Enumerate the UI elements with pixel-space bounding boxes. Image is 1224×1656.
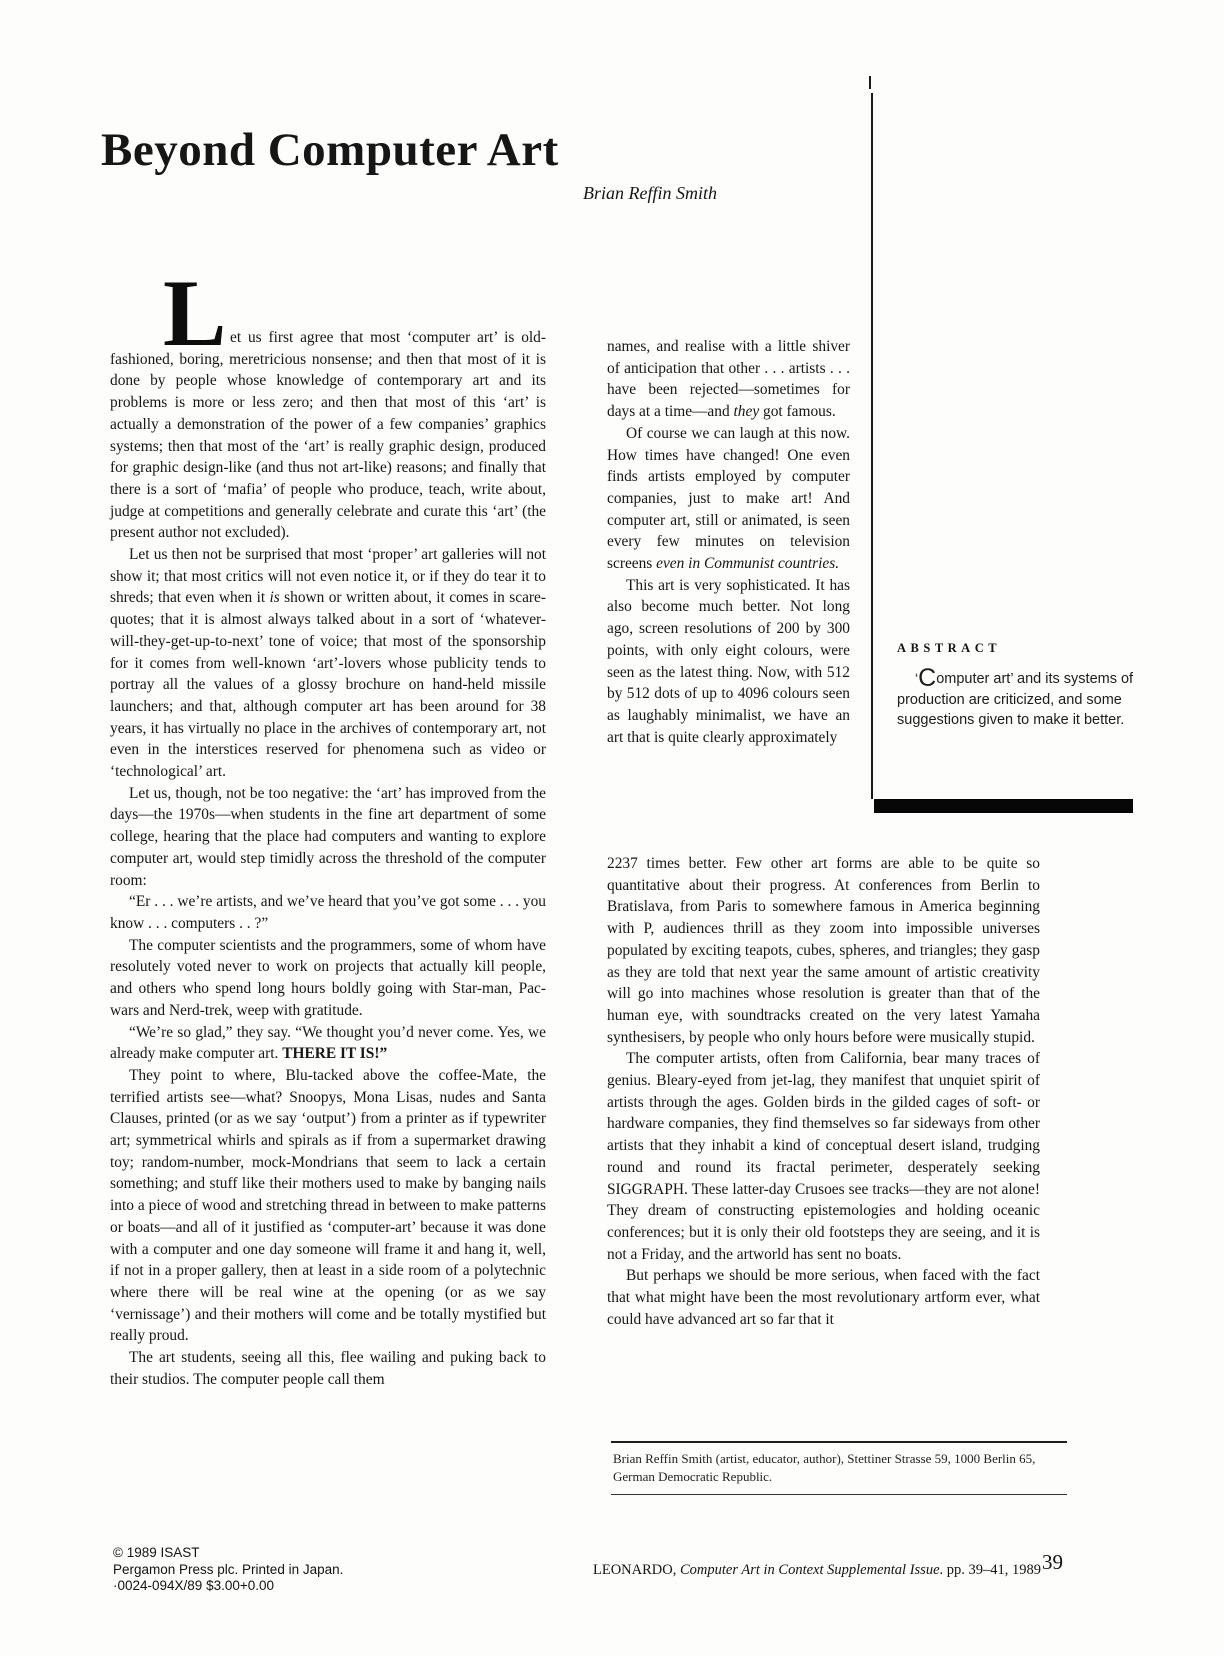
journal-pages: . pp. 39–41, 1989: [940, 1562, 1042, 1578]
text-segment: They point to where, Blu-tacked above th…: [110, 1067, 546, 1344]
author-footnote: Brian Reffin Smith (artist, educator, au…: [611, 1441, 1067, 1495]
italic-text-segment: is: [270, 589, 280, 606]
paragraph: 2237 times better. Few other art forms a…: [607, 853, 1040, 1048]
paragraph: Of course we can laugh at this now. How …: [607, 423, 850, 575]
paragraph: They point to where, Blu-tacked above th…: [110, 1065, 546, 1347]
abstract-box: ABSTRACT ‘Computer art’ and its systems …: [897, 641, 1139, 730]
italic-text-segment: they: [734, 403, 760, 420]
paragraph: names, and realise with a little shiver …: [607, 336, 850, 423]
paragraph: The art students, seeing all this, flee …: [110, 1347, 546, 1390]
text-segment: Let us, though, not be too negative: the…: [110, 785, 546, 889]
author-name: Brian Reffin Smith: [583, 183, 717, 204]
sidebar-rule-tick: [869, 76, 871, 89]
copyright-line-3: ·0024-094X/89 $3.00+0.00: [113, 1578, 343, 1595]
abstract-bottom-bar: [874, 799, 1133, 813]
journal-name: LEONARDO,: [593, 1562, 676, 1578]
text-segment: et us first agree that most ‘computer ar…: [110, 329, 546, 541]
copyright-line-2: Pergamon Press plc. Printed in Japan.: [113, 1562, 343, 1579]
paragraph: “We’re so glad,” they say. “We thought y…: [110, 1022, 546, 1065]
paragraph: Let us, though, not be too negative: the…: [110, 783, 546, 892]
abstract-drop-cap: C: [918, 664, 936, 692]
journal-citation: LEONARDO, Computer Art in Context Supple…: [593, 1562, 1041, 1579]
right-text-column: names, and realise with a little shiver …: [607, 336, 850, 748]
sidebar-vertical-rule: [871, 93, 873, 799]
text-segment: 2237 times better. Few other art forms a…: [607, 855, 1040, 1046]
paragraph: “Er . . . we’re artists, and we’ve heard…: [110, 891, 546, 934]
copyright-line-1: © 1989 ISAST: [113, 1545, 343, 1562]
paragraph: The computer artists, often from Califor…: [607, 1048, 1040, 1265]
paragraph: But perhaps we should be more serious, w…: [607, 1265, 1040, 1330]
text-segment: The computer scientists and the programm…: [110, 937, 546, 1019]
paragraph: This art is very sophisticated. It has a…: [607, 575, 850, 749]
text-segment: The computer artists, often from Califor…: [607, 1050, 1040, 1262]
page-title: Beyond Computer Art: [101, 123, 559, 177]
left-text-column: et us first agree that most ‘computer ar…: [110, 327, 546, 1390]
text-segment: got famous.: [759, 403, 836, 420]
page-number: 39: [1042, 1550, 1063, 1575]
text-segment: But perhaps we should be more serious, w…: [607, 1267, 1040, 1327]
text-segment: This art is very sophisticated. It has a…: [607, 577, 850, 746]
abstract-heading: ABSTRACT: [897, 641, 1139, 656]
text-segment: “Er . . . we’re artists, and we’ve heard…: [110, 893, 546, 932]
text-segment: The art students, seeing all this, flee …: [110, 1349, 546, 1388]
journal-issue-title: Computer Art in Context Supplemental Iss…: [680, 1562, 940, 1578]
bold-text-segment: THERE IT IS!”: [282, 1045, 387, 1062]
italic-text-segment: even in Communist countries.: [656, 555, 839, 572]
scanned-paper-page: Beyond Computer Art Brian Reffin Smith L…: [0, 0, 1224, 1656]
text-segment: Of course we can laugh at this now. How …: [607, 425, 850, 572]
abstract-text: ‘Computer art’ and its systems of produc…: [897, 666, 1139, 730]
paragraph: The computer scientists and the programm…: [110, 935, 546, 1022]
paragraph: et us first agree that most ‘computer ar…: [110, 327, 546, 544]
text-segment: shown or written about, it comes in scar…: [110, 589, 546, 780]
copyright-block: © 1989 ISAST Pergamon Press plc. Printed…: [113, 1545, 343, 1595]
lower-full-width-column: 2237 times better. Few other art forms a…: [607, 853, 1040, 1330]
paragraph: Let us then not be surprised that most ‘…: [110, 544, 546, 783]
